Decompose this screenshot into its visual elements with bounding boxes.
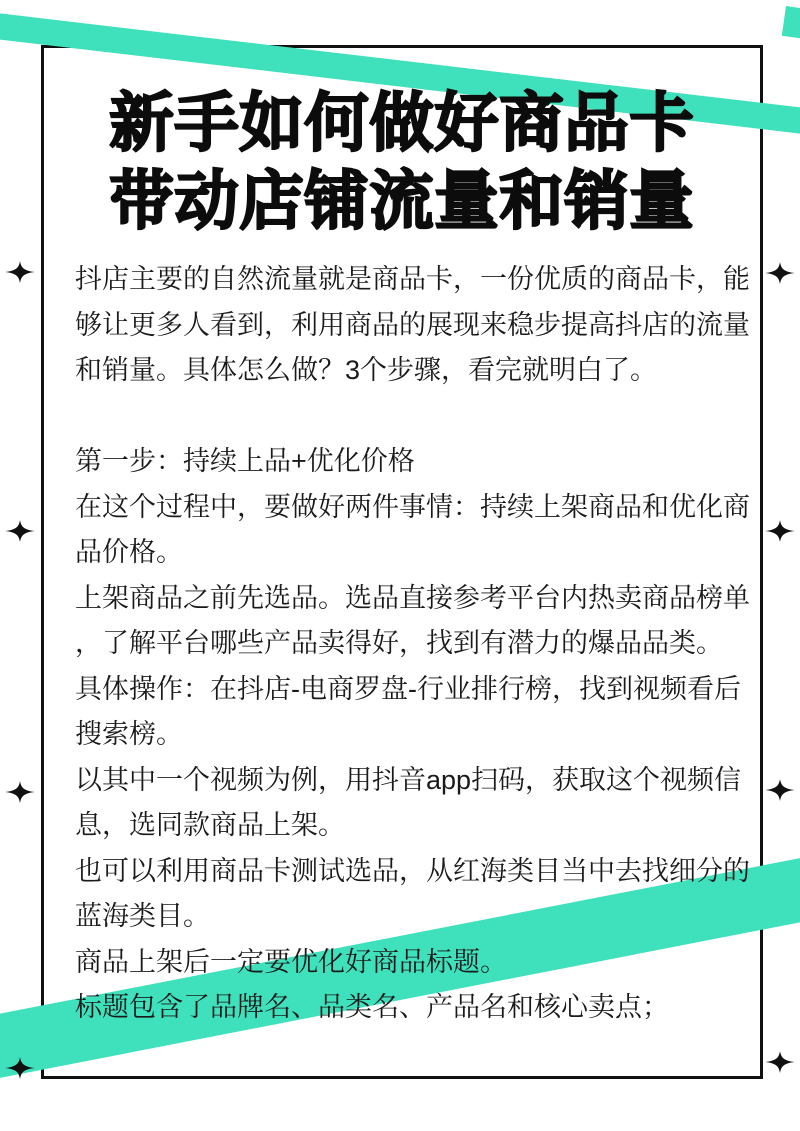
- body-line: 抖店主要的自然流量就是商品卡，一份优质的商品卡，能: [75, 257, 755, 303]
- sparkle-icon: [765, 520, 795, 542]
- body-line: 标题包含了品牌名、品类名、产品名和核心卖点；: [75, 985, 755, 1031]
- sparkle-icon: [765, 1051, 795, 1073]
- body-line: 品价格。: [75, 530, 755, 576]
- top-right-corner-stripe: [782, 6, 800, 66]
- body-line: 够让更多人看到，利用商品的展现来稳步提高抖店的流量: [75, 303, 755, 349]
- body-line: 具体操作：在抖店-电商罗盘-行业排行榜，找到视频看后: [75, 667, 755, 713]
- body-line: 上架商品之前先选品。选品直接参考平台内热卖商品榜单: [75, 576, 755, 622]
- sparkle-icon: [5, 1057, 35, 1079]
- body-line: 息，选同款商品上架。: [75, 803, 755, 849]
- body-line: 在这个过程中，要做好两件事情：持续上架商品和优化商: [75, 485, 755, 531]
- sparkle-icon: [5, 520, 35, 542]
- body-line: 商品上架后一定要优化好商品标题。: [75, 940, 755, 986]
- body-line: 也可以利用商品卡测试选品，从红海类目当中去找细分的: [75, 849, 755, 895]
- body-line: [75, 394, 755, 440]
- article-body: 抖店主要的自然流量就是商品卡，一份优质的商品卡，能够让更多人看到，利用商品的展现…: [75, 257, 755, 1031]
- body-line: 和销量。具体怎么做？3个步骤，看完就明白了。: [75, 348, 755, 394]
- sparkle-icon: [5, 261, 35, 283]
- sparkle-icon: [5, 781, 35, 803]
- body-line: ，了解平台哪些产品卖得好，找到有潜力的爆品品类。: [75, 621, 755, 667]
- sparkle-icon: [765, 262, 795, 284]
- title-line-2: 带动店铺流量和销量: [41, 162, 763, 240]
- sparkle-icon: [765, 779, 795, 801]
- poster-title: 新手如何做好商品卡 带动店铺流量和销量: [41, 84, 763, 240]
- body-line: 蓝海类目。: [75, 894, 755, 940]
- poster-page: { "colors": { "accent": "#3FE0BC", "ink"…: [0, 0, 800, 1131]
- body-line: 搜索榜。: [75, 712, 755, 758]
- body-line: 以其中一个视频为例，用抖音app扫码，获取这个视频信: [75, 758, 755, 804]
- title-line-1: 新手如何做好商品卡: [41, 84, 763, 162]
- body-line: 第一步：持续上品+优化价格: [75, 439, 755, 485]
